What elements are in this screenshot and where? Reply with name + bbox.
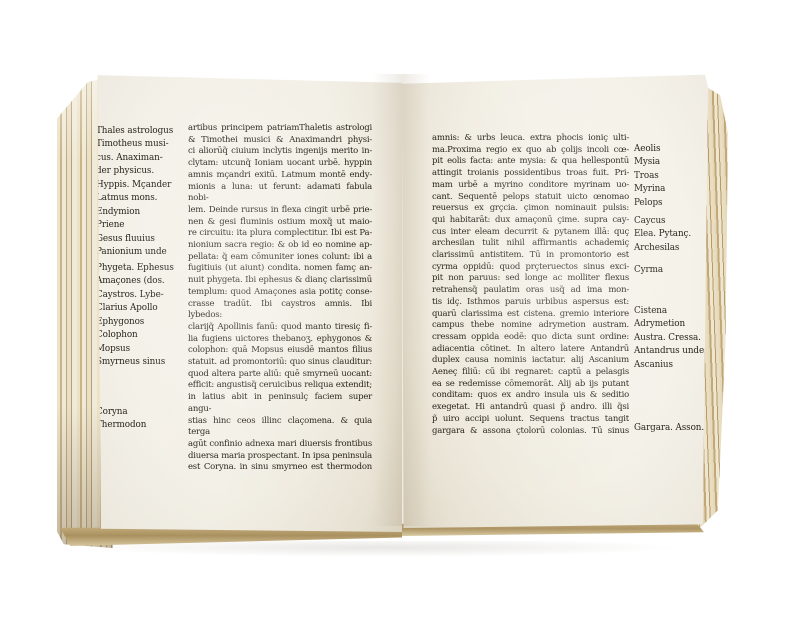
right-page: amnis: & urbs leuca. extra phocis ioniç … [402, 70, 708, 528]
body-text-line: efficit: angustisq̃ ceruicibus reliqua e… [188, 380, 372, 392]
right-margin-notes-group-5: Gargara. Asson. [634, 422, 708, 435]
body-text-line: mam urbē a myrino conditore myrinam uo- [432, 180, 629, 192]
margin-note: cus. Anaximan- [96, 152, 173, 165]
margin-note: Ascanius [634, 359, 708, 372]
left-page: Thales astrologusTimotheus musi-cus. Ana… [96, 70, 402, 532]
body-text-line: & Timothei musici & Anaximandri physi- [188, 135, 372, 147]
margin-note: Clarius Apollo [96, 302, 174, 315]
left-margin-notes-group-2: Phygeta. EphesusAmaçones (dos.Caystros. … [96, 262, 174, 370]
body-text-line: nen & gesi fluminis ostium moxq̃ ut maio… [188, 217, 372, 229]
margin-note: Elea. Pytanç. [634, 228, 708, 241]
margin-note: Caycus [634, 215, 708, 228]
body-text-line: lem. Deinde rursus in flexa cingit urbē … [188, 205, 372, 217]
body-text-line: pit non paruus: sed longe ac molliter fl… [432, 273, 629, 285]
margin-note: Priene [96, 219, 173, 232]
body-text-line: ma.Proxima regio ex quo ab çolijs incoli… [432, 145, 629, 157]
body-text-line: attingit troianis possidentibus troas fu… [432, 168, 629, 180]
book-photo: Thales astrologusTimotheus musi-cus. Ana… [0, 0, 800, 619]
margin-note: Cistena [634, 305, 708, 318]
body-text-line: conditam: quos ex andro insula uis & sed… [432, 390, 629, 402]
margin-note: Adrymetion [634, 318, 708, 331]
body-text-line: est Coryna. in sinu smyrneo est thermodo… [188, 462, 372, 474]
margin-note: Hyppis. Mçander [96, 179, 173, 192]
margin-note: Caystros. Lybe- [96, 289, 174, 302]
margin-note: der physicus. [96, 165, 173, 178]
right-margin-notes-group-1: AeolisMysiaTroasMyrinaPelops [634, 143, 708, 210]
body-text-line: stias hinc ceos illinc claçomena. & quia… [188, 416, 372, 439]
margin-note: Cyrma [634, 264, 708, 277]
margin-note: Colophon [96, 329, 174, 342]
body-text-line: p̃ uiro accipi uolunt. Sequens tractus t… [432, 414, 629, 426]
margin-note: Smyrneus sinus [96, 356, 174, 369]
margin-note: Mopsus [96, 343, 174, 356]
body-text-line: duplex causa nominis iactatur. alij Asca… [432, 355, 629, 367]
margin-note: Thales astrologus [96, 125, 173, 138]
body-text-line: cressam oppida eodē: quo dicta sunt ordi… [432, 332, 629, 344]
body-text-line: quod altera parte aliū: quē smyrneū uoca… [188, 369, 372, 381]
margin-note: Gargara. Asson. [634, 422, 708, 435]
body-text-line: agūt confinio adnexa mari diuersis front… [188, 439, 372, 451]
right-page-body-text: amnis: & urbs leuca. extra phocis ioniç … [432, 133, 629, 437]
right-margin-notes-group-4: CistenaAdrymetionAustra. Cressa.Antandru… [634, 305, 708, 372]
body-text-line: pellata: q̃ eam cōmuniter iones colunt: … [188, 252, 372, 264]
body-text-line: cyrma oppidū: quod prçteruectos sinus ex… [432, 262, 629, 274]
body-text-line: Aeneç filiū: cū ibi regnaret: captū a pe… [432, 367, 629, 379]
margin-note: Antandrus unde. [634, 345, 708, 358]
body-text-line: adiacentia cōtinet. In altero latere Ant… [432, 344, 629, 356]
body-text-line: nionium sacra regio: & ob id eo nomine a… [188, 240, 372, 252]
body-text-line: clytam: utcunq̃ Ioniam uocant urbē. hypp… [188, 158, 372, 170]
body-text-line: reuersus ex grçcia. çimon nominauit puls… [432, 203, 629, 215]
margin-note: Archesilas [634, 242, 708, 255]
margin-note: Timotheus musi- [96, 138, 173, 151]
left-page-body-text: artibus principem patriamThaletis astrol… [188, 123, 372, 474]
body-text-line: artibus principem patriamThaletis astrol… [188, 123, 372, 135]
left-margin-notes-group-1: Thales astrologusTimotheus musi-cus. Ana… [96, 125, 173, 260]
body-text-line: templum: quod Amaçones asia potitç conse… [188, 287, 372, 299]
margin-note: Phygeta. Ephesus [96, 262, 174, 275]
body-text-line: cus inter eleam decurrit & pytanem illā:… [432, 227, 629, 239]
margin-note: Pelops [634, 197, 708, 210]
body-text-line: mionis a luna: ut ferunt: adamati fabula… [188, 182, 372, 205]
body-text-line: campus thebe nomine adrymetion austram. [432, 320, 629, 332]
body-text-line: ci aliorūq̃ ciuium inclytis ingenijs mer… [188, 146, 372, 158]
right-margin-notes-group-3: Cyrma [634, 264, 708, 277]
body-text-line: amnis mçandri exitū. Latmum montē endy- [188, 170, 372, 182]
body-text-line: crasse tradūt. Ibi caystros amnis. Ibi l… [188, 299, 372, 322]
body-text-line: archesilan tulit nihil affirmantis achad… [432, 238, 629, 250]
body-text-line: tis idç. Isthmos paruis urbibus aspersus… [432, 297, 629, 309]
margin-note: Mysia [634, 156, 708, 169]
margin-note: Ephygonos [96, 316, 174, 329]
body-text-line: nuit phygeta. Ibi ephesus & dianç claris… [188, 275, 372, 287]
margin-note: Austra. Cressa. [634, 332, 708, 345]
margin-note: Gesus fluuius [96, 233, 173, 246]
body-text-line: retrahensq̃ paulatim oras usq̃ ad ima mo… [432, 285, 629, 297]
body-text-line: clarijq̃ Apollinis fanū: quod manto tire… [188, 322, 372, 334]
margin-note: Aeolis [634, 143, 708, 156]
margin-note: Thermodon [96, 419, 146, 432]
body-text-line: fugitiuis (ut aiunt) condita. nomen famç… [188, 263, 372, 275]
body-text-line: in latius abit in peninsulç faciem super… [188, 392, 372, 415]
body-text-line: re circuitu: ita plura complectitur. Ibi… [188, 228, 372, 240]
margin-note: Troas [634, 170, 708, 183]
body-text-line: lia fugiens uictores thebanoʒ. ephygonos… [188, 334, 372, 346]
margin-note: Endymion [96, 206, 173, 219]
body-text-line: colophon: quā Mopsus eiusdē mantos filiu… [188, 345, 372, 357]
body-text-line: quarū clarissima est cistena. gremio int… [432, 309, 629, 321]
body-text-line: gargara & assona çtolorū colonias. Tū si… [432, 426, 629, 438]
body-text-line: exegetat. Hi antandrū quasi p̃ andro. il… [432, 402, 629, 414]
left-margin-notes-group-3: CorynaThermodon [96, 406, 146, 433]
margin-note: Myrina [634, 183, 708, 196]
body-text-line: pit eolis facta: ante mysia: & qua helle… [432, 156, 629, 168]
margin-note: Latmus mons. [96, 192, 173, 205]
right-margin-notes-group-2: CaycusElea. Pytanç.Archesilas [634, 215, 708, 255]
margin-note: Coryna [96, 406, 146, 419]
body-text-line: clarissimū antistitem. Tū in promontorio… [432, 250, 629, 262]
body-text-line: qui habitarāt: dux amaçonū çime. supra c… [432, 215, 629, 227]
body-text-line: cant. Sequentē pelops statuit uicto œnom… [432, 192, 629, 204]
margin-note: Amaçones (dos. [96, 275, 174, 288]
margin-note: Panionium unde [96, 246, 173, 259]
body-text-line: diuersa maria prospectant. In ipsa penin… [188, 451, 372, 463]
body-text-line: amnis: & urbs leuca. extra phocis ioniç … [432, 133, 629, 145]
body-text-line: statuit. ad promontoriū: quo sinus claud… [188, 357, 372, 369]
body-text-line: ea se redemisse cōmemorāt. Alij ab ijs p… [432, 379, 629, 391]
